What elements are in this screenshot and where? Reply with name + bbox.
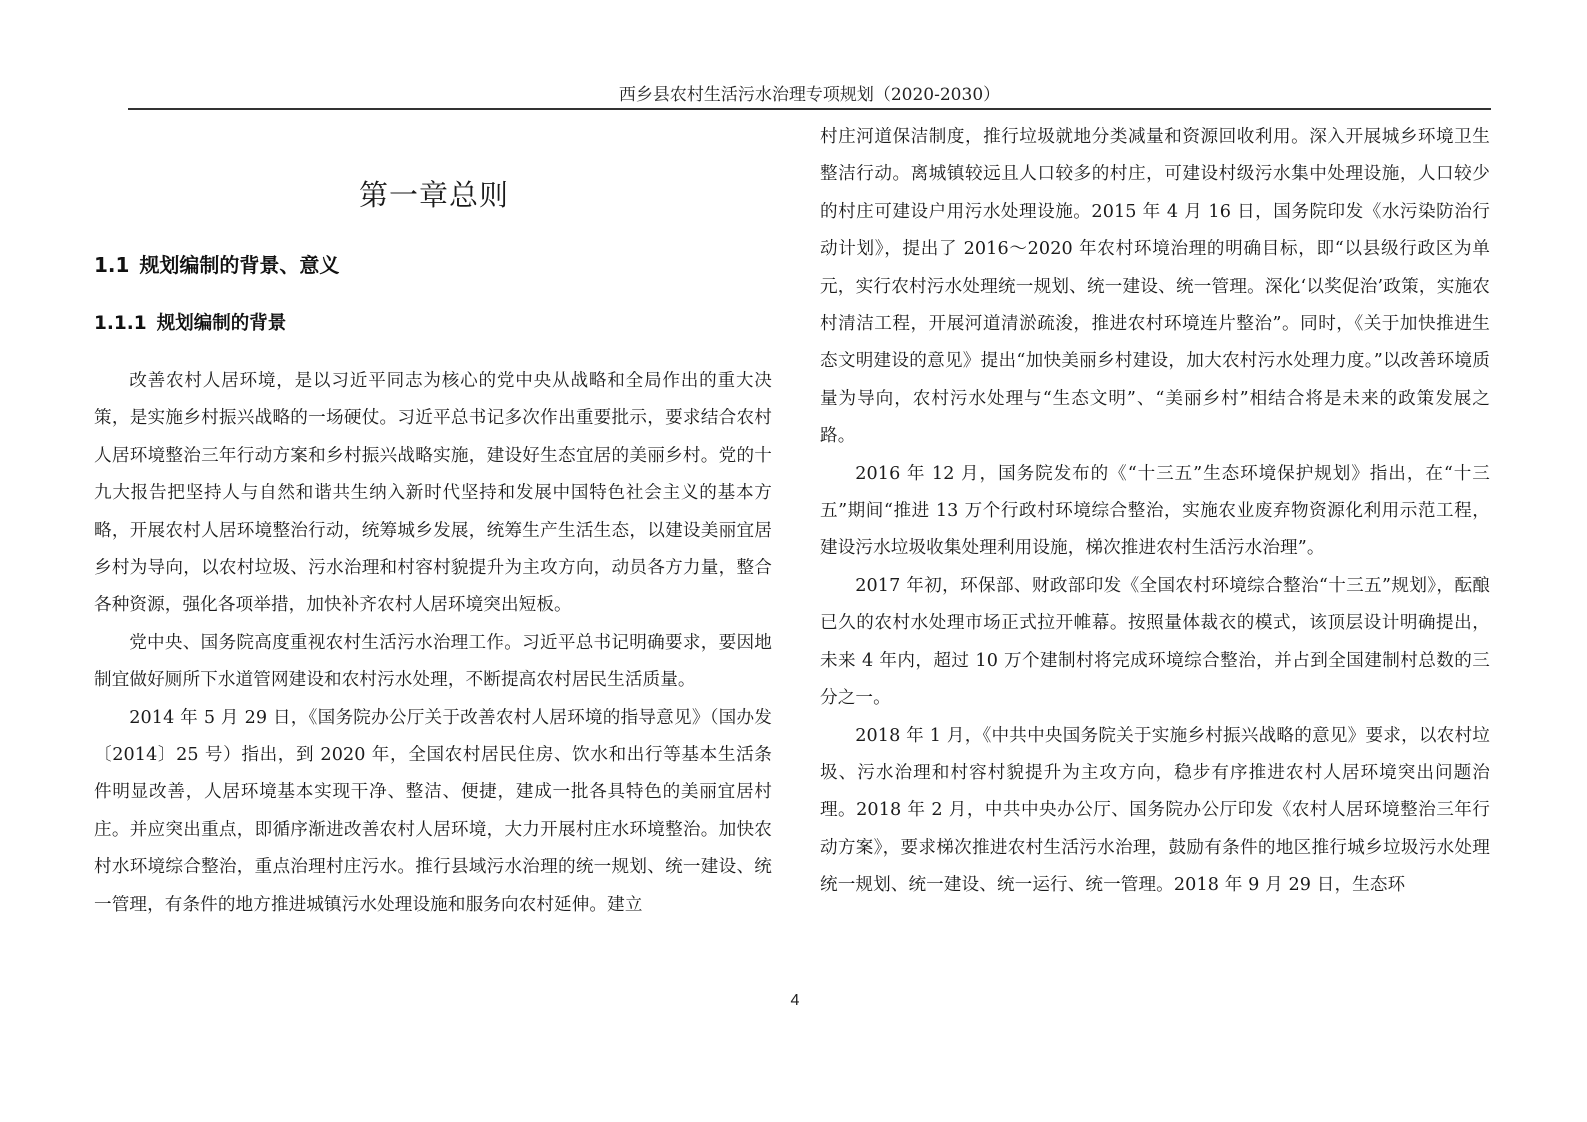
paragraph: 2018 年 1 月，《中共中央国务院关于实施乡村振兴战略的意见》要求，以农村垃… xyxy=(820,718,1490,905)
header-rule xyxy=(128,108,1491,110)
paragraph: 2017 年初，环保部、财政部印发《全国农村环境综合整治“十三五”规划》，酝酿已… xyxy=(820,568,1490,718)
section-heading-1-1-1: 1.1.1规划编制的背景 xyxy=(94,310,286,338)
running-header: 西乡县农村生活污水治理专项规划（2020-2030） xyxy=(128,84,1491,106)
paragraph: 2016 年 12 月，国务院发布的《“十三五”生态环境保护规划》指出，在“十三… xyxy=(820,456,1490,568)
paragraph: 改善农村人居环境，是以习近平同志为核心的党中央从战略和全局作出的重大决策，是实施… xyxy=(94,363,772,625)
left-column-body: 改善农村人居环境，是以习近平同志为核心的党中央从战略和全局作出的重大决策，是实施… xyxy=(94,363,772,924)
paragraph: 党中央、国务院高度重视农村生活污水治理工作。习近平总书记明确要求，要因地制宜做好… xyxy=(94,625,772,700)
section-number: 1.1 xyxy=(94,253,129,277)
page-number: 4 xyxy=(780,992,810,1010)
chapter-title: 第一章总则 xyxy=(94,175,774,215)
paragraph-continuation: 村庄河道保洁制度，推行垃圾就地分类减量和资源回收利用。深入开展城乡环境卫生整洁行… xyxy=(820,119,1490,456)
right-column-body: 村庄河道保洁制度，推行垃圾就地分类减量和资源回收利用。深入开展城乡环境卫生整洁行… xyxy=(820,119,1490,905)
paragraph: 2014 年 5 月 29 日，《国务院办公厅关于改善农村人居环境的指导意见》（… xyxy=(94,700,772,924)
section-heading-1-1: 1.1规划编制的背景、意义 xyxy=(94,251,339,279)
section-title: 规划编制的背景、意义 xyxy=(139,253,339,277)
section-title: 规划编制的背景 xyxy=(157,313,287,334)
section-number: 1.1.1 xyxy=(94,313,147,334)
